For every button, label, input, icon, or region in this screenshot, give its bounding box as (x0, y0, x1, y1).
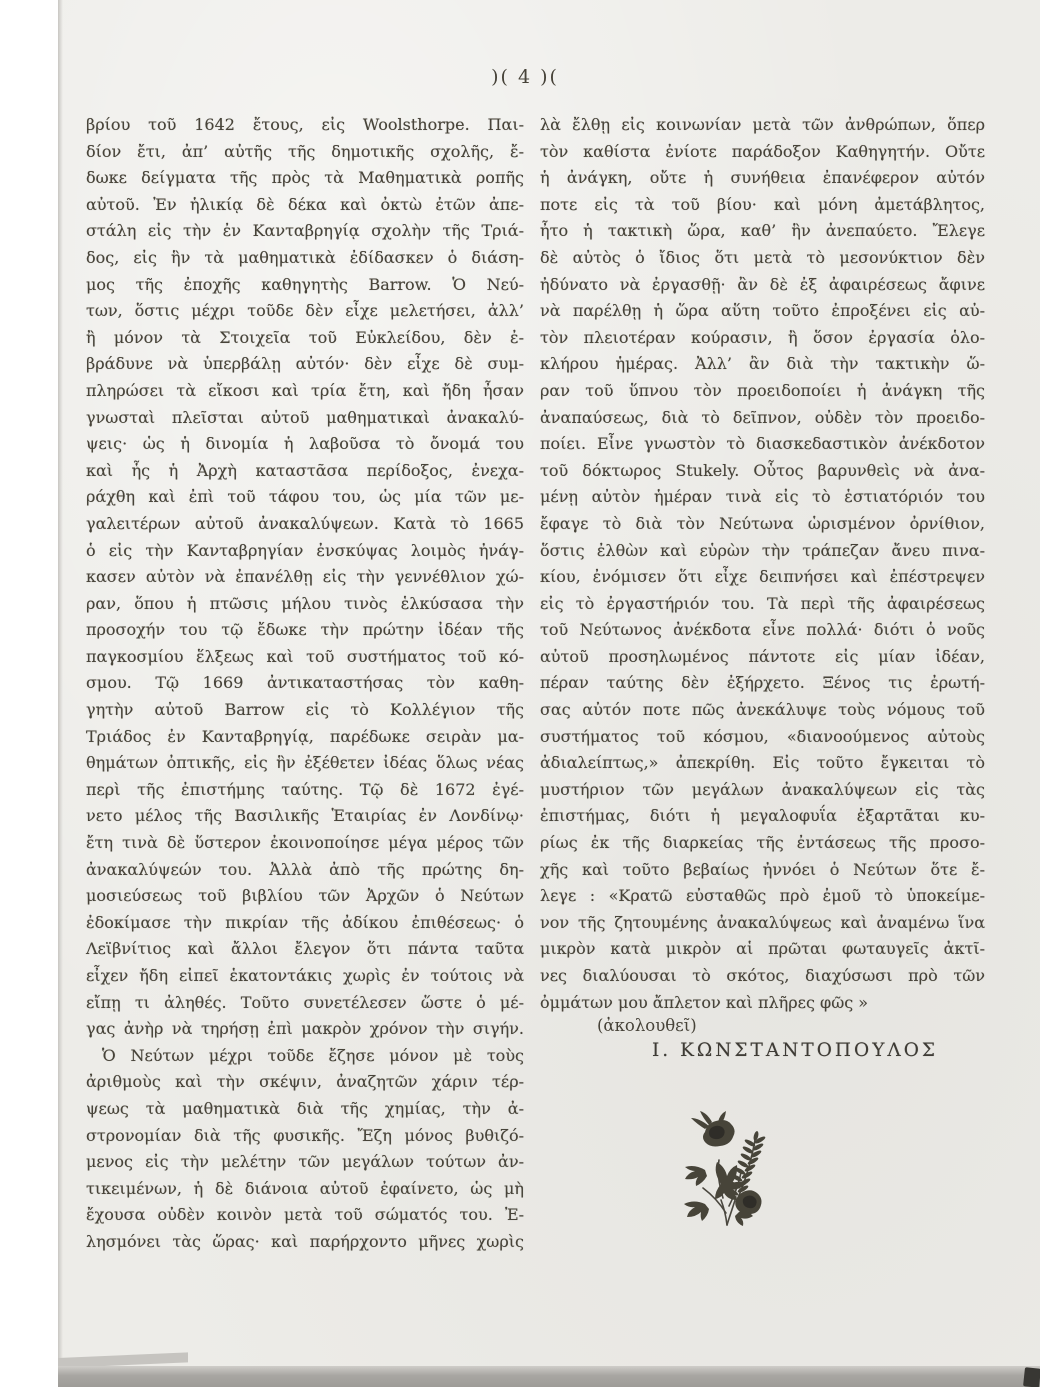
paper-left-edge-shadow (58, 0, 63, 1368)
text-line: σμου. Τῷ 1669 ἀντικαταστήσας τὸν καθη- (86, 670, 524, 697)
text-line: ἀριθμοὺς καὶ τὴν σκέψιν, ἀναζητῶν χάριν … (86, 1069, 524, 1096)
text-line: ἔφαγε τὸ διὰ τὸν Νεύτωνα ὡρισμένον ὀρνίθ… (540, 511, 985, 538)
text-line: στάλη εἰς τὴν ἐν Κανταβρηγίᾳ σχολὴν τῆς … (86, 218, 524, 245)
text-line: παγκοσμίου ἕλξεως καὶ τοῦ συστήματος τοῦ… (86, 644, 524, 671)
text-line: προσοχήν του τῷ ἔδωκε τὴν πρώτην ἰδέαν τ… (86, 617, 524, 644)
text-line: δωκε δείγματα τῆς πρὸς τὰ Μαθηματικὰ ροπ… (86, 165, 524, 192)
text-line: κασεν αὐτὸν νὰ ἐπανέλθῃ εἰς τὴν γεννέθλι… (86, 564, 524, 591)
text-line: Τριάδος ἐν Κανταβρηγίᾳ, παρέδωκε σειρὰν … (86, 724, 524, 751)
text-line: στρονομίαν διὰ τῆς φυσικῆς. Ἔζη μόνος βυ… (86, 1123, 524, 1150)
author-signature: Ι. ΚΩΝΣΤΑΝΤΟΠΟΥΛΟΣ (652, 1040, 938, 1061)
text-line: γας ἀνὴρ νὰ τηρήσῃ ἐπὶ μακρὸν χρόνον τὴν… (86, 1016, 524, 1043)
right-column: λὰ ἔλθῃ εἰς κοινωνίαν μετὰ τῶν ἀνθρώπων,… (540, 112, 985, 1016)
text-line: εἴπῃ τι ἀληθές. Τοῦτο συνετέλεσεν ὥστε ὁ… (86, 990, 524, 1017)
page-number: )( 4 )( (455, 66, 595, 88)
text-line: ὀμμάτων μου ἄπλετον καὶ πλῆρες φῶς » (540, 990, 985, 1017)
text-line: Λεϊβνίτιος καὶ ἄλλοι ἔλεγον ὅτι πάντα τα… (86, 936, 524, 963)
text-line: ἀνακαλύψεών του. Ἀλλὰ ἀπὸ τῆς πρώτης δη- (86, 857, 524, 884)
text-line: ἔτη τινὰ δὲ ὕστερον ἐκοινοποίησε μέγα μέ… (86, 830, 524, 857)
text-line: δος, εἰς ἣν τὰ μαθηματικὰ ἐδίδασκεν ὁ δι… (86, 245, 524, 272)
text-line: ὅστις ἐλθὼν καὶ εὑρὼν τὴν τράπεζαν ἄνευ … (540, 538, 985, 565)
text-line: πληρώσει τὰ εἴκοσι καὶ τρία ἔτη, καὶ ἤδη… (86, 378, 524, 405)
text-line: καὶ ἧς ἡ Ἀρχὴ καταστᾶσα περίδοξος, ἐνεχα… (86, 458, 524, 485)
text-line: ἀδιαλείπτως,» ἀπεκρίθη. Εἰς τοῦτο ἔγκειτ… (540, 750, 985, 777)
text-line: λησμόνει τὰς ὥρας· καὶ παρήρχοντο μῆνες … (86, 1229, 524, 1256)
text-line: ἐδοκίμασε τὴν πικρίαν τῆς ἀδίκου ἐπιθέσε… (86, 910, 524, 937)
text-line: μενος εἰς τὴν μελέτην τῶν μεγάλων τούτων… (86, 1149, 524, 1176)
scan-bottom-shadow (58, 1366, 1040, 1387)
text-line: μοσιεύσεως τοῦ βιβλίου τῶν Ἀρχῶν ὁ Νεύτω… (86, 883, 524, 910)
text-line: ψεως τὰ μαθηματικὰ διὰ τῆς χημίας, τὴν ἀ… (86, 1096, 524, 1123)
text-line: δίον ἔτι, ἀπ’ αὐτῆς τῆς δημοτικῆς σχολῆς… (86, 139, 524, 166)
text-line: λὰ ἔλθῃ εἰς κοινωνίαν μετὰ τῶν ἀνθρώπων,… (540, 112, 985, 139)
text-line: μυστήριον τῶν μεγάλων ἀνακαλύψεων εἰς τὰ… (540, 777, 985, 804)
text-line: τὸν καθίστα ἐνίοτε παράδοξον Καθηγητήν. … (540, 139, 985, 166)
text-line: περὶ τῆς ἐπιστήμης ταύτης. Τῷ δὲ 1672 ἐγ… (86, 777, 524, 804)
text-line: αὐτοῦ. Ἐν ἡλικίᾳ δὲ δέκα καὶ ὀκτὼ ἐτῶν ἀ… (86, 192, 524, 219)
text-line: ἐπιστήμας, διότι ἡ μεγαλοφυΐα ἐξαρτᾶται … (540, 803, 985, 830)
text-line: εἰς τὸ ἐργαστήριόν του. Τὰ περὶ τῆς ἀφαι… (540, 591, 985, 618)
text-line: μένῃ αὐτὸν ἡμέραν τινὰ εἰς τὸ ἑστιατόριό… (540, 484, 985, 511)
text-line: νες διαλύουσαι τὸ σκότος, διαχύσωσι πρὸ … (540, 963, 985, 990)
text-line: εἶχεν ἤδη εἰπεῖ ἑκατοντάκις χωρὶς ἐν τού… (86, 963, 524, 990)
text-line: τικειμένων, ἡ δὲ διάνοια αὐτοῦ ἐφαίνετο,… (86, 1176, 524, 1203)
left-column: βρίου τοῦ 1642 ἔτους, εἰς Woolsthorpe. Π… (86, 112, 524, 1256)
scan-corner-mark (1023, 1367, 1040, 1387)
text-line: σας αὐτόν ποτε πῶς ἀνεκάλυψε τοὺς νόμους… (540, 697, 985, 724)
text-line: πέραν ταύτης δὲν ἐξήρχετο. Ξένος τις ἐρω… (540, 670, 985, 697)
text-line: γαλειτέρων αὐτοῦ ἀνακαλύψεων. Κατὰ τὸ 16… (86, 511, 524, 538)
text-line: δὲ αὐτὸς ὁ ἴδιος ὅτι μετὰ τὸ μεσονύκτιον… (540, 245, 985, 272)
continuation-note: (ἀκολουθεῖ) (597, 1016, 697, 1035)
text-line: ἔχουσα οὐδὲν κοινὸν μετὰ τοῦ σώματός του… (86, 1202, 524, 1229)
text-line: ράχθη καὶ ἐπὶ τοῦ τάφου του, ὡς μία τῶν … (86, 484, 524, 511)
text-line: συστήματος τοῦ κόσμου, «διανοούμενος αὐτ… (540, 724, 985, 751)
text-line: ραν, ὅπου ἡ πτῶσις μήλου τινὸς ἑλκύσασα … (86, 591, 524, 618)
text-line: κλήρου ἡμέρας. Ἀλλ’ ἂν διὰ τὴν τακτικὴν … (540, 351, 985, 378)
text-line: ἠδύνατο νὰ ἐργασθῇ· ἂν δὲ ἐξ ἀφαιρέσεως … (540, 272, 985, 299)
text-line: νετο μέλος τῆς Βασιλικῆς Ἑταιρίας ἐν Λον… (86, 803, 524, 830)
text-line: Ὁ Νεύτων μέχρι τοῦδε ἔζησε μόνον μὲ τοὺς (86, 1043, 524, 1070)
text-line: μος τῆς ἐποχῆς καθηγητὴς Barrow. Ὁ Νεύ- (86, 272, 524, 299)
text-line: κίου, ἐνόμισεν ὅτι εἶχε δειπνήσει καὶ ἐπ… (540, 564, 985, 591)
text-line: ποίει. Εἶνε γνωστὸν τὸ διασκεδαστικὸν ἀν… (540, 431, 985, 458)
text-line: ποτε εἰς τὰ τοῦ βίου· καὶ μόνη ἀμετάβλητ… (540, 192, 985, 219)
text-line: γνωσταὶ πλεῖσται αὐτοῦ μαθηματικαὶ ἀνακα… (86, 405, 524, 432)
text-line: ἀναπαύσεως, διὰ τὸ δεῖπνον, οὐδὲν τὸν πρ… (540, 405, 985, 432)
text-line: ψεις· ὡς ἡ δινομία ἡ λαβοῦσα τὸ ὄνομά το… (86, 431, 524, 458)
text-line: βρίου τοῦ 1642 ἔτους, εἰς Woolsthorpe. Π… (86, 112, 524, 139)
text-line: νον τῆς ζητουμένης ἀνακαλύψεως καὶ ἀναμέ… (540, 910, 985, 937)
floral-tailpiece-ornament (681, 1110, 773, 1228)
text-line: ἡ ἀνάγκη, οὔτε ἡ συνήθεια ἐπανέφερον αὐτ… (540, 165, 985, 192)
text-line: τοῦ Νεύτωνος ἀνέκδοτα εἶνε πολλά· διότι … (540, 617, 985, 644)
text-line: λεγε : «Κρατῶ εὐσταθῶς πρὸ ἐμοῦ τὸ ὑποκε… (540, 883, 985, 910)
text-line: ρίως ἐκ τῆς διαρκείας τῆς ἐντάσεως τῆς π… (540, 830, 985, 857)
text-line: ἢ μόνον τὰ Στοιχεῖα τοῦ Εὐκλείδου, δὲν ἐ… (86, 325, 524, 352)
text-line: νὰ παρέλθῃ ἡ ὥρα αὕτη τοῦτο ἐπροξένει εἰ… (540, 298, 985, 325)
text-line: ὁ εἰς τὴν Κανταβρηγίαν ἐνσκύψας λοιμὸς ἠ… (86, 538, 524, 565)
text-line: τὸν πλειοτέραν κούρασιν, ἢ ὅσον ἐργασία … (540, 325, 985, 352)
text-line: μικρὸν κατὰ μικρὸν αἱ πρῶται φωταυγεῖς ἀ… (540, 936, 985, 963)
text-line: των, ὅστις μέχρι τοῦδε δὲν εἶχε μελετήσε… (86, 298, 524, 325)
text-line: ἦτο ἡ τακτικὴ ὥρα, καθ’ ἣν ἀνεπαύετο. Ἔλ… (540, 218, 985, 245)
text-line: ραν τοῦ ὕπνου τὸν προειδοποίει ἡ ἀνάγκη … (540, 378, 985, 405)
text-line: γητὴν αὐτοῦ Barrow εἰς τὸ Κολλέγιον τῆς (86, 697, 524, 724)
text-line: χῆς καὶ τοῦτο βεβαίως ἠννόει ὁ Νεύτων ὅτ… (540, 857, 985, 884)
text-line: θημάτων ὀπτικῆς, εἰς ἣν ἐξέθετεν ἰδέας ὅ… (86, 750, 524, 777)
text-line: αὐτοῦ προσηλωμένος πάντοτε εἰς μίαν ἰδέα… (540, 644, 985, 671)
text-line: βράδυνε νὰ ὑπερβάλῃ αὐτόν· δὲν εἶχε δὲ σ… (86, 351, 524, 378)
text-line: τοῦ δόκτωρος Stukely. Οὗτος βαρυνθεὶς νὰ… (540, 458, 985, 485)
